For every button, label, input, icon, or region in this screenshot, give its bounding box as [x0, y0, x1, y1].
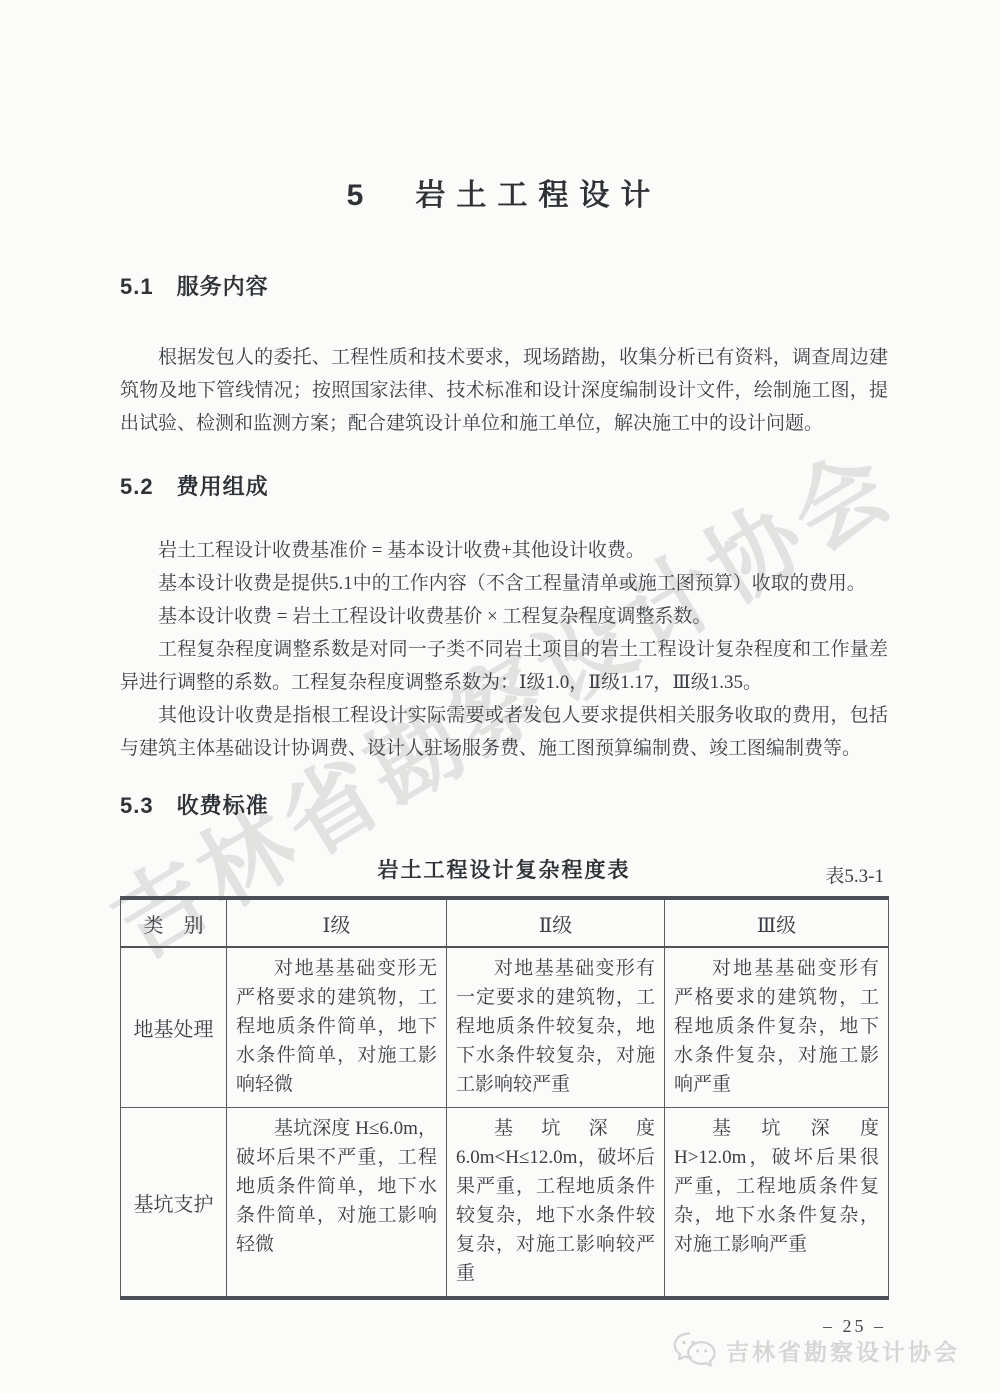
table-row-pit-support: 基坑支护 基坑深度 H≤6.0m，破坏后果不严重，工程地质条件简单，地下水条件简…: [121, 1108, 889, 1299]
ground-treatment-grade-1-cell: 对地基基础变形无严格要求的建筑物，工程地质条件简单，地下水条件简单，对施工影响轻…: [227, 947, 447, 1108]
complexity-grade-table: 类 别 Ⅰ级 Ⅱ级 Ⅲ级 地基处理 对地基基础变形无严格要求的建筑物，工程地质条…: [120, 896, 889, 1300]
footer-brand-text: 吉林省勘察设计协会: [726, 1334, 960, 1367]
table-number-label: 表5.3-1: [825, 861, 884, 888]
document-page: 吉林省勘察设计协会 5 岩土工程设计 5.1 服务内容 根据发包人的委托、工程性…: [0, 0, 1000, 1393]
pit-support-grade-1-cell: 基坑深度 H≤6.0m，破坏后果不严重，工程地质条件简单，地下水条件简单，对施工…: [227, 1108, 447, 1299]
table-caption-row: 岩土工程设计复杂程度表 表5.3-1: [120, 854, 888, 886]
chapter-title: 5 岩土工程设计: [120, 170, 888, 214]
column-header-grade-2: Ⅱ级: [447, 898, 665, 947]
section-5-2-paragraphs: 岩土工程设计收费基准价 = 基本设计收费+其他设计收费。 基本设计收费是提供5.…: [120, 534, 888, 765]
column-header-grade-3: Ⅲ级: [665, 898, 889, 947]
section-5-1-paragraph: 根据发包人的委托、工程性质和技术要求，现场踏勘，收集分析已有资料，调查周边建筑物…: [120, 341, 888, 440]
wechat-icon: [672, 1331, 718, 1369]
section-heading-5-2: 5.2 费用组成: [120, 470, 888, 501]
complexity-coefficient-paragraph: 工程复杂程度调整系数是对同一子类不同岩土项目的岩土工程设计复杂程度和工作量差异进…: [120, 633, 888, 699]
section-heading-5-1: 5.1 服务内容: [120, 270, 888, 301]
pit-support-grade-3-cell: 基坑深度 H>12.0m，破坏后果很严重，工程地质条件复杂，地下水条件复杂，对施…: [665, 1108, 889, 1299]
table-header-row: 类 别 Ⅰ级 Ⅱ级 Ⅲ级: [121, 898, 889, 947]
table-title: 岩土工程设计复杂程度表: [120, 854, 888, 884]
other-fee-paragraph: 其他设计收费是指根工程设计实际需要或者发包人要求提供相关服务收取的费用，包括与建…: [120, 699, 888, 765]
pit-support-grade-2-cell: 基坑深度 6.0m<H≤12.0m，破坏后果严重，工程地质条件较复杂，地下水条件…: [447, 1108, 665, 1299]
fee-formula-paragraph: 岩土工程设计收费基准价 = 基本设计收费+其他设计收费。: [120, 534, 888, 567]
column-header-grade-1: Ⅰ级: [227, 898, 447, 947]
page-content: 5 岩土工程设计 5.1 服务内容 根据发包人的委托、工程性质和技术要求，现场踏…: [120, 0, 888, 1337]
row-category-label: 地基处理: [121, 947, 227, 1108]
basic-fee-definition-paragraph: 基本设计收费是提供5.1中的工作内容（不含工程量清单或施工图预算）收取的费用。: [120, 567, 888, 600]
row-category-label: 基坑支护: [121, 1108, 227, 1299]
ground-treatment-grade-2-cell: 对地基基础变形有一定要求的建筑物，工程地质条件较复杂，地下水条件较复杂，对施工影…: [447, 947, 665, 1108]
table-row-ground-treatment: 地基处理 对地基基础变形无严格要求的建筑物，工程地质条件简单，地下水条件简单，对…: [121, 947, 889, 1108]
ground-treatment-grade-3-cell: 对地基基础变形有严格要求的建筑物，工程地质条件复杂，地下水条件复杂，对施工影响严…: [665, 947, 889, 1108]
column-header-category: 类 别: [121, 898, 227, 947]
section-heading-5-3: 5.3 收费标准: [120, 789, 888, 820]
wechat-footer-brand: 吉林省勘察设计协会: [672, 1331, 960, 1369]
basic-fee-formula-paragraph: 基本设计收费 = 岩土工程设计收费基价 × 工程复杂程度调整系数。: [120, 600, 888, 633]
